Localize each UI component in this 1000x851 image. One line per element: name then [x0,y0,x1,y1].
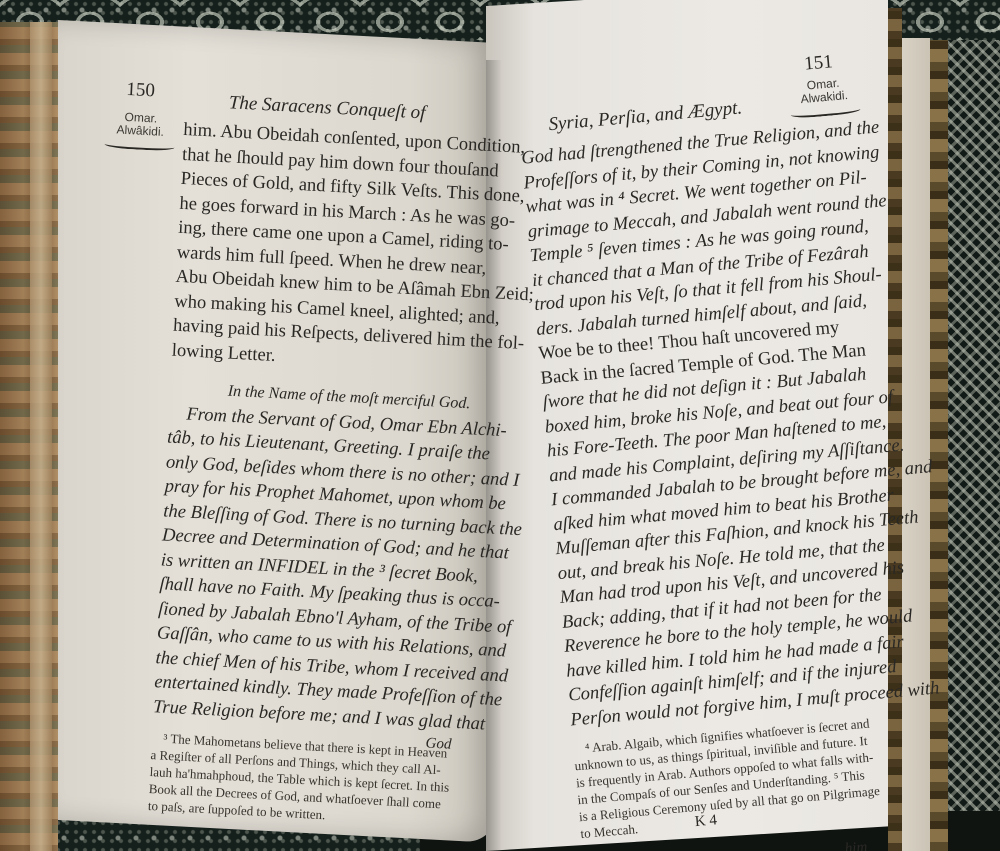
book-edge-stripe [30,22,52,851]
left-body: him. Abu Obeidah conſented, upon Conditi… [148,118,543,833]
page-number-left: 150 [126,79,156,102]
catchword-left: God [425,735,452,753]
page-number-right: 151 [803,51,833,75]
catchword-right: him [844,839,868,851]
sidenote-line: Alwâkidi. [105,123,176,140]
signature-mark: K 4 [694,812,717,831]
sidenote-left: Omar. Alwâkidi. [104,110,176,152]
right-body: God had ſtrengthened the True Religion, … [520,113,962,842]
sidenote-right: Omar. Alwakidi. [788,75,861,119]
